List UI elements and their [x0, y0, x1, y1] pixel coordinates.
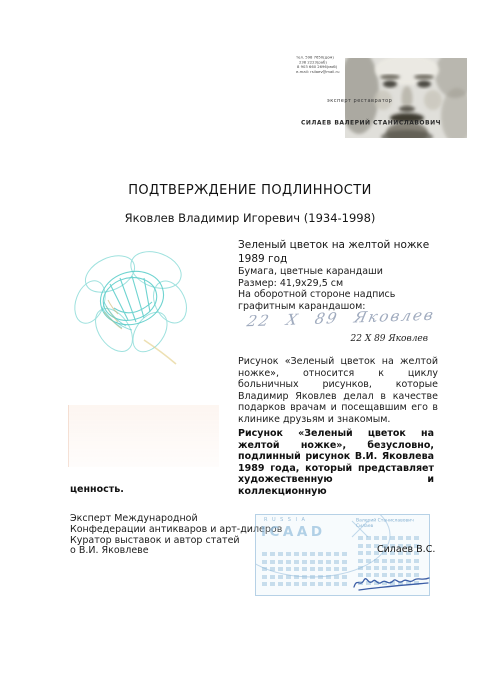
- signer-name: Силаев В.С.: [377, 544, 435, 555]
- body-paragraph-2-tail: ценность.: [70, 484, 124, 495]
- contact-line: e-mail: rsilaev@mail.ru: [296, 69, 339, 74]
- artwork-size: Размер: 41,9x29,5 см: [238, 278, 438, 290]
- expert-contact-block: тел. 598 7650(дом)238 2223(раб)8 903 660…: [296, 55, 339, 74]
- certificate-page: тел. 598 7650(дом)238 2223(раб)8 903 660…: [0, 0, 500, 688]
- artwork-year: 1989 год: [238, 252, 438, 266]
- body-paragraph-2: Рисунок «Зеленый цветок на желтой ножке»…: [238, 428, 434, 498]
- document-title: ПОДТВЕРЖДЕНИЕ ПОДЛИННОСТИ: [0, 183, 500, 198]
- expert-name-caps: СИЛАЕВ ВАЛЕРИЙ СТАНИСЛАВОВИЧ: [301, 119, 441, 126]
- artist-name: Яковлев Владимир Игоревич (1934-1998): [0, 211, 500, 225]
- signature-handwriting: [350, 571, 434, 595]
- artwork-description: Зеленый цветок на желтой ножке 1989 год …: [238, 238, 438, 312]
- artwork-medium: Бумага, цветные карандаши: [238, 266, 438, 278]
- body-paragraph-1: Рисунок «Зеленый цветок на желтой ножке»…: [238, 356, 438, 426]
- photo-residue-mark: [68, 405, 219, 467]
- expert-role-label: эксперт реставратор: [327, 98, 392, 104]
- inscription-caption: 22 Х 89 Яковлев: [238, 334, 428, 344]
- artwork-sketch-image: [58, 236, 203, 366]
- artwork-title: Зеленый цветок на желтой ножке: [238, 238, 438, 252]
